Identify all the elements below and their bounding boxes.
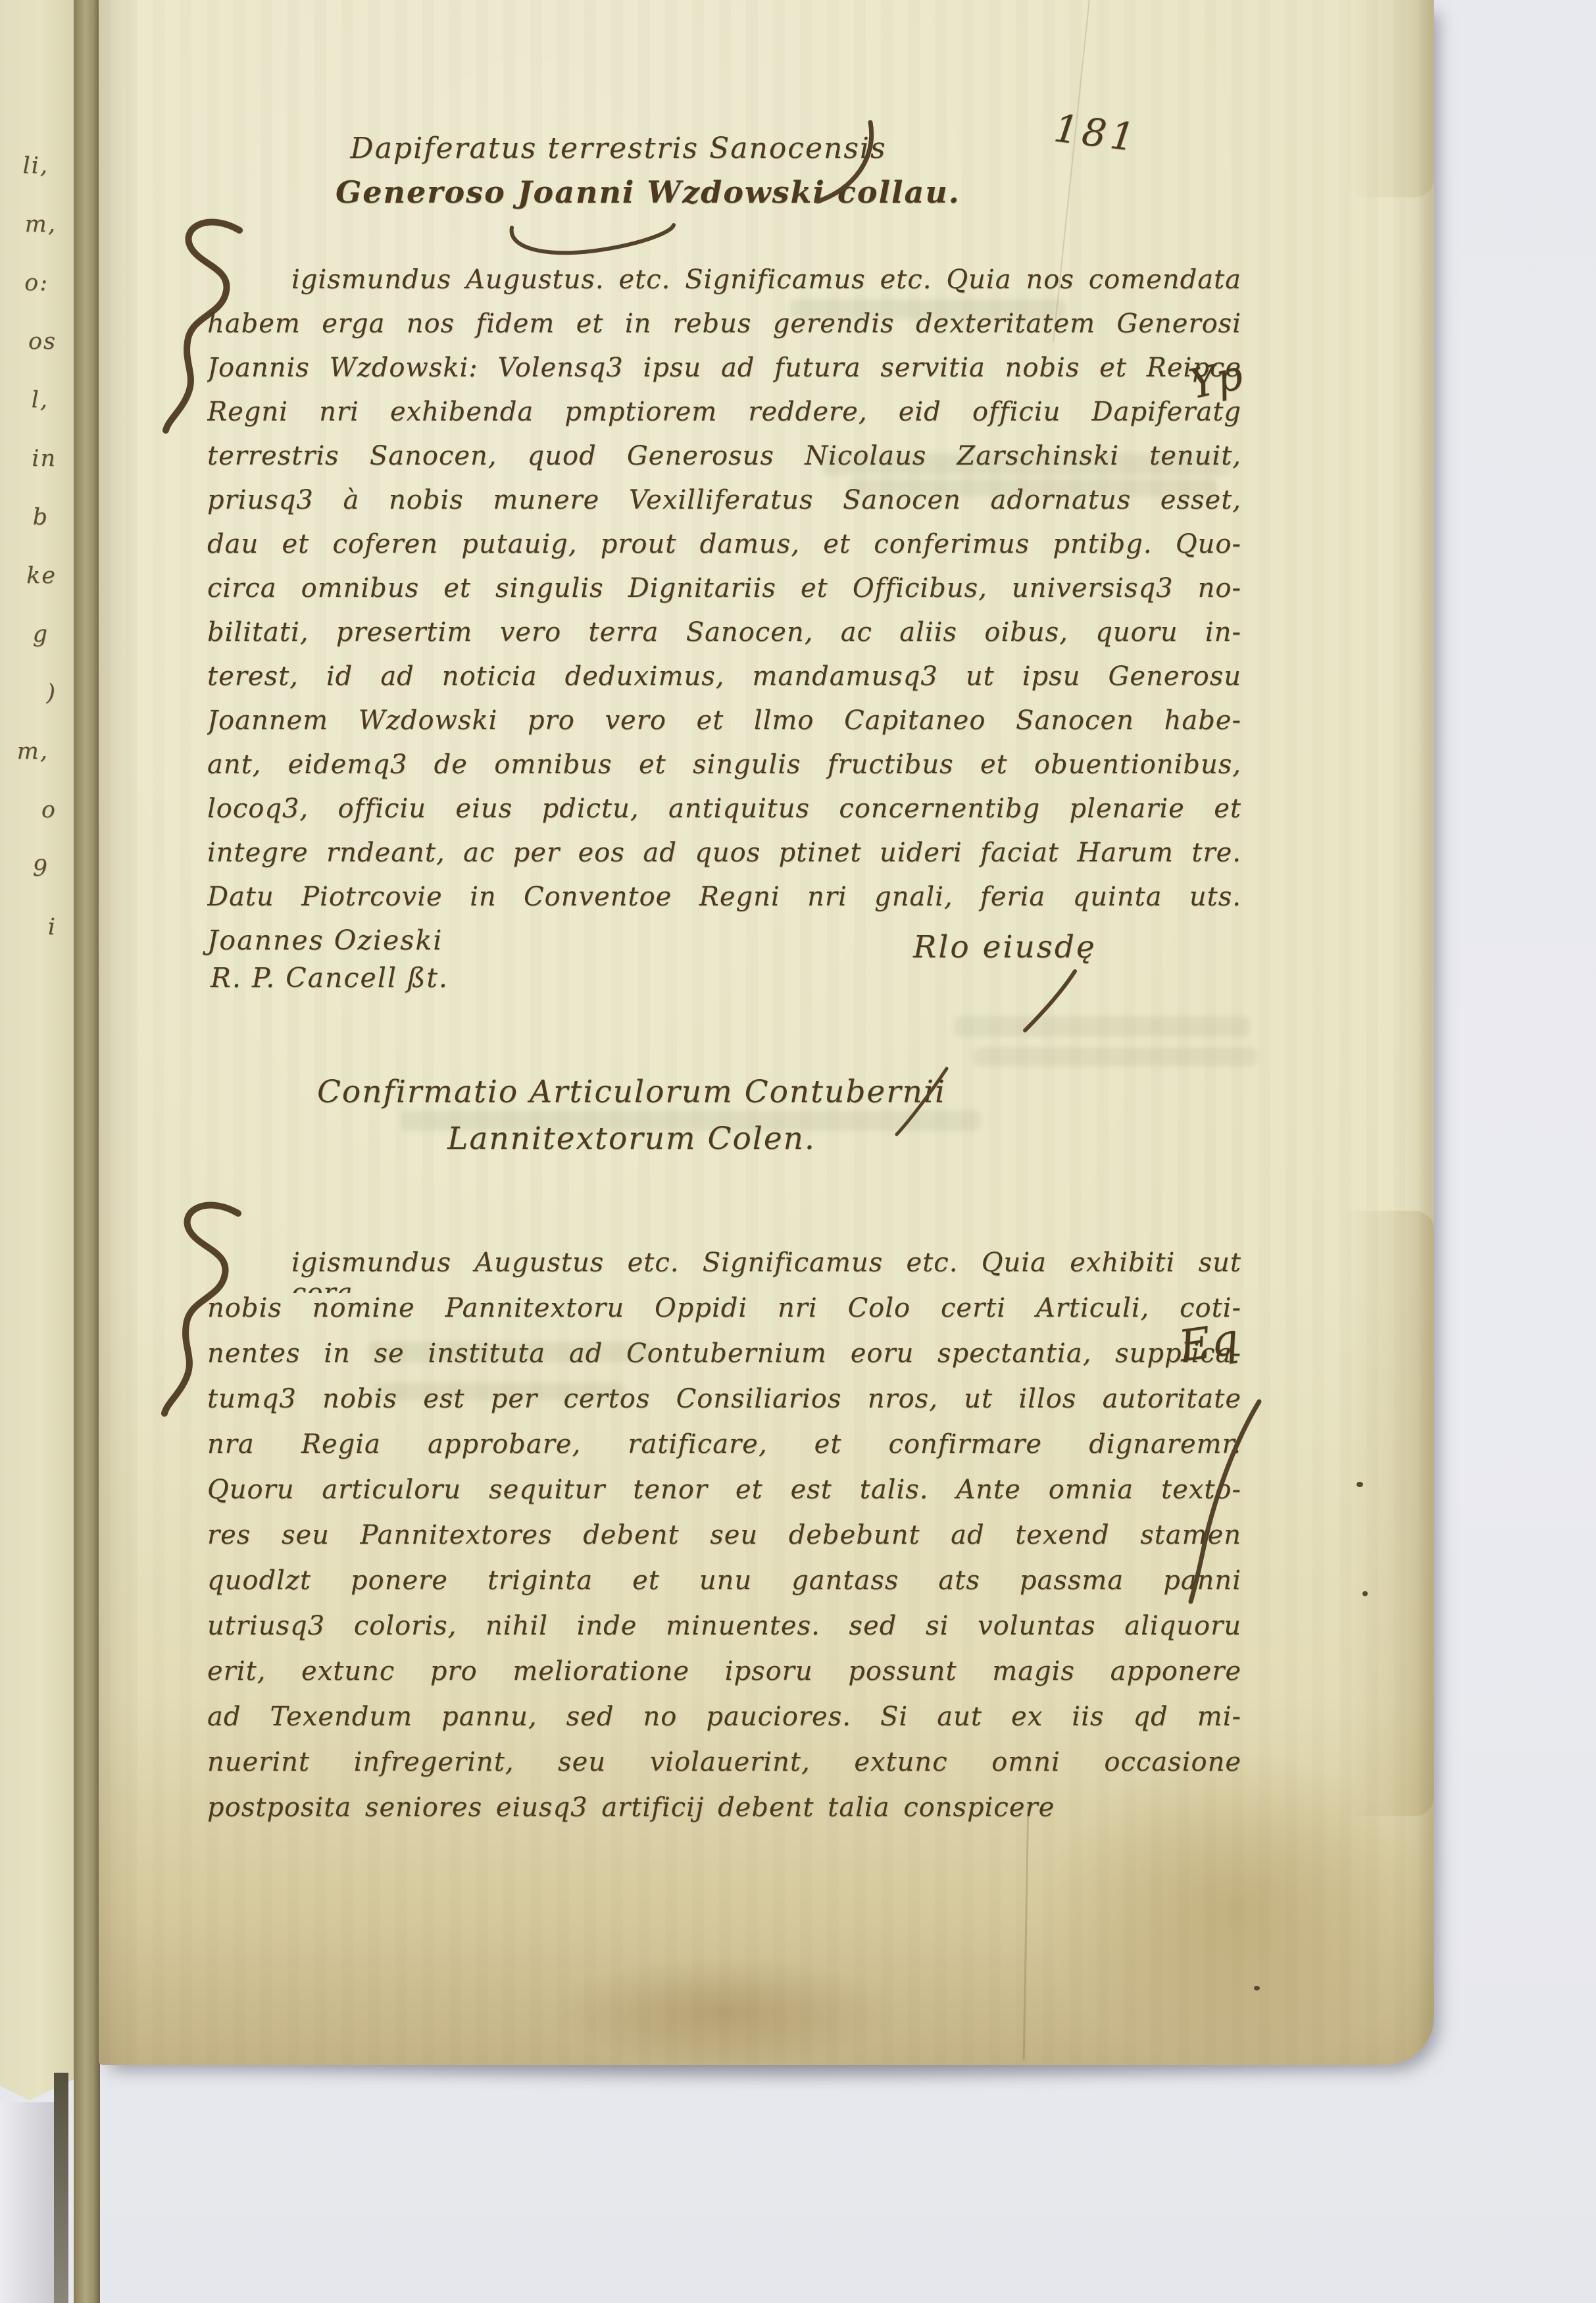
manuscript-line: igismundus Augustus. etc. Significamus e… (291, 265, 1241, 309)
stain-top-right (1345, 0, 1434, 197)
crease-line (1023, 1806, 1030, 2060)
margin-mark-eq-tail (1185, 1395, 1266, 1607)
bleedthrough-ghost (974, 1048, 1257, 1066)
page-fragment: g (0, 621, 66, 680)
ink-speck (1362, 1591, 1368, 1596)
chancery-note: Rlo eiusdę (913, 929, 1097, 965)
page-fragment: ) (0, 680, 66, 738)
manuscript-line: terrestris Sanocen, quod Generosus Nicol… (207, 441, 1241, 485)
manuscript-line: integre rndeant, ac per eos ad quos ptin… (207, 838, 1241, 882)
manuscript-line: locoq3, officiu eius pdictu, antiquitus … (207, 794, 1241, 838)
manuscript-line: priusq3 à nobis munere Vexilliferatus Sa… (207, 485, 1241, 529)
manuscript-line: erit, extunc pro melioratione ipsoru pos… (207, 1656, 1241, 1702)
page-fragment: o (0, 797, 66, 855)
page-fragment: ke (0, 563, 66, 621)
manuscript-page: 181 Dapiferatus terrestris Sanocensis Ge… (99, 0, 1434, 2065)
manuscript-line: res seu Pannitextores debent seu debebun… (207, 1520, 1241, 1565)
manuscript-line: ant, eidemq3 de omnibus et singulis fruc… (207, 749, 1241, 794)
doc2-heading: Confirmatio Articulorum Contubernii Lann… (316, 1074, 947, 1157)
heading2-stroke (891, 1065, 952, 1138)
stain-right-edge (1339, 1211, 1434, 1816)
manuscript-scan: li,m,o:osl,inbkeg)m,o9i 181 Dapiferatus … (0, 0, 1596, 2303)
previous-page-fragments: li,m,o:osl,inbkeg)m,o9i (0, 153, 66, 973)
ink-speck (1357, 1482, 1363, 1487)
manuscript-line: Joannis Wzdowski: Volensq3 ipsu ad futur… (207, 353, 1241, 397)
manuscript-line: Regni nri exhibenda pmptiorem reddere, e… (207, 397, 1241, 441)
manuscript-line: bilitati, presertim vero terra Sanocen, … (207, 617, 1241, 661)
manuscript-line: nuerint infregerint, seu violauerint, ex… (207, 1747, 1241, 1792)
binding-gutter (74, 0, 100, 2303)
page-fragment: m, (0, 738, 66, 797)
flourish-stroke (812, 117, 886, 206)
bleedthrough-ghost (954, 1017, 1250, 1036)
manuscript-line: postposita seniores eiusq3 artificij deb… (207, 1792, 1241, 1838)
manuscript-line: quodlzt ponere triginta et unu gantass a… (207, 1565, 1241, 1611)
stain-bottom-center (553, 1958, 895, 2065)
manuscript-line: habem erga nos fidem et in rebus gerendi… (207, 309, 1241, 353)
doc1-body: igismundus Augustus. etc. Significamus e… (207, 265, 1241, 926)
page-fragment: i (0, 914, 66, 973)
page-fragment: li, (0, 153, 66, 211)
page-fragment: m, (0, 211, 66, 270)
page-number: 181 (1051, 105, 1141, 160)
manuscript-line: nra Regia approbare, ratificare, et conf… (207, 1429, 1241, 1475)
page-fragment: l, (0, 387, 66, 445)
signature-name: Joannes Ozieski (207, 924, 443, 956)
manuscript-line: terest, id ad noticia deduximus, mandamu… (207, 661, 1241, 705)
margin-mark-eq: Eq (1176, 1313, 1241, 1372)
manuscript-line: ad Texendum pannu, sed no pauciores. Si … (207, 1702, 1241, 1747)
page-fragment: os (0, 328, 66, 387)
manuscript-line: Joannem Wzdowski pro vero et llmo Capita… (207, 705, 1241, 749)
flourish-swash (507, 221, 679, 262)
ink-speck (1254, 1986, 1260, 1990)
doc2-body: igismundus Augustus etc. Significamus et… (207, 1248, 1241, 1838)
doc2-heading-line1: Confirmatio Articulorum Contubernii (316, 1074, 947, 1110)
manuscript-line: Quoru articuloru sequitur tenor et est t… (207, 1475, 1241, 1520)
binding-shadow (0, 2102, 55, 2303)
manuscript-line: dau et coferen putauig, prout damus, et … (207, 529, 1241, 573)
page-fragment: b (0, 504, 66, 563)
doc2-heading-line2: Lannitextorum Colen. (316, 1121, 947, 1157)
manuscript-line: nobis nomine Pannitextoru Oppidi nri Col… (207, 1293, 1241, 1338)
chancery-note-tail (1020, 967, 1080, 1036)
signature-title: R. P. Cancell ßt. (211, 962, 449, 994)
page-fragment: 9 (0, 855, 66, 914)
manuscript-line: circa omnibus et singulis Dignitariis et… (207, 573, 1241, 617)
manuscript-line: tumq3 nobis est per certos Consiliarios … (207, 1384, 1241, 1429)
manuscript-line: nentes in se instituta ad Contubernium e… (207, 1338, 1241, 1384)
manuscript-line: igismundus Augustus etc. Significamus et… (291, 1248, 1241, 1293)
previous-page-edge: li,m,o:osl,inbkeg)m,o9i (0, 0, 74, 2109)
page-fragment: o: (0, 270, 66, 328)
manuscript-line: utriusq3 coloris, nihil inde minuentes. … (207, 1611, 1241, 1656)
page-fragment: in (0, 445, 66, 504)
binding-strip (54, 2073, 68, 2303)
manuscript-line: Datu Piotrcovie in Conventoe Regni nri g… (207, 882, 1241, 926)
